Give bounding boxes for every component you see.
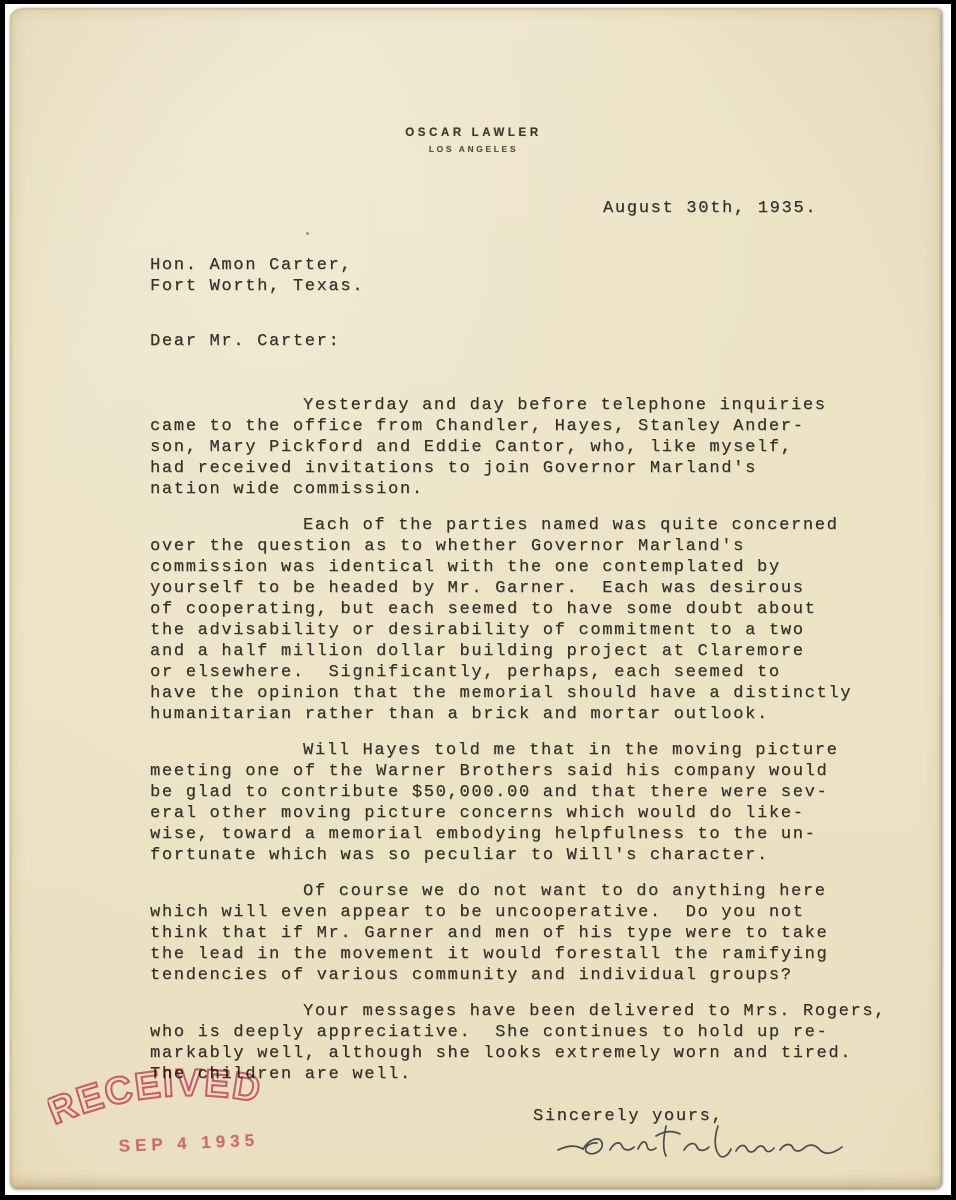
handwritten-signature — [552, 1116, 852, 1176]
recipient-address: Hon. Amon Carter, Fort Worth, Texas. — [150, 255, 364, 297]
received-stamp: RECEIVED SEP 4 1935 — [46, 1053, 309, 1180]
letterhead-name: OSCAR LAWLER — [0, 127, 947, 139]
letterhead-city: LOS ANGELES — [0, 144, 947, 154]
letter-date: August 30th, 1935. — [603, 198, 817, 219]
stamp-text: RECEIVED — [46, 1060, 266, 1133]
paragraph-4: Of course we do not want to do anything … — [150, 881, 890, 986]
paper-speck — [306, 232, 309, 235]
letter-body: Yesterday and day before telephone inqui… — [150, 395, 890, 1100]
salutation: Dear Mr. Carter: — [150, 331, 340, 352]
svg-text:RECEIVED: RECEIVED — [46, 1060, 266, 1133]
paragraph-1: Yesterday and day before telephone inqui… — [150, 395, 890, 500]
paragraph-3: Will Hayes told me that in the moving pi… — [150, 740, 890, 866]
paragraph-2: Each of the parties named was quite conc… — [150, 515, 890, 725]
